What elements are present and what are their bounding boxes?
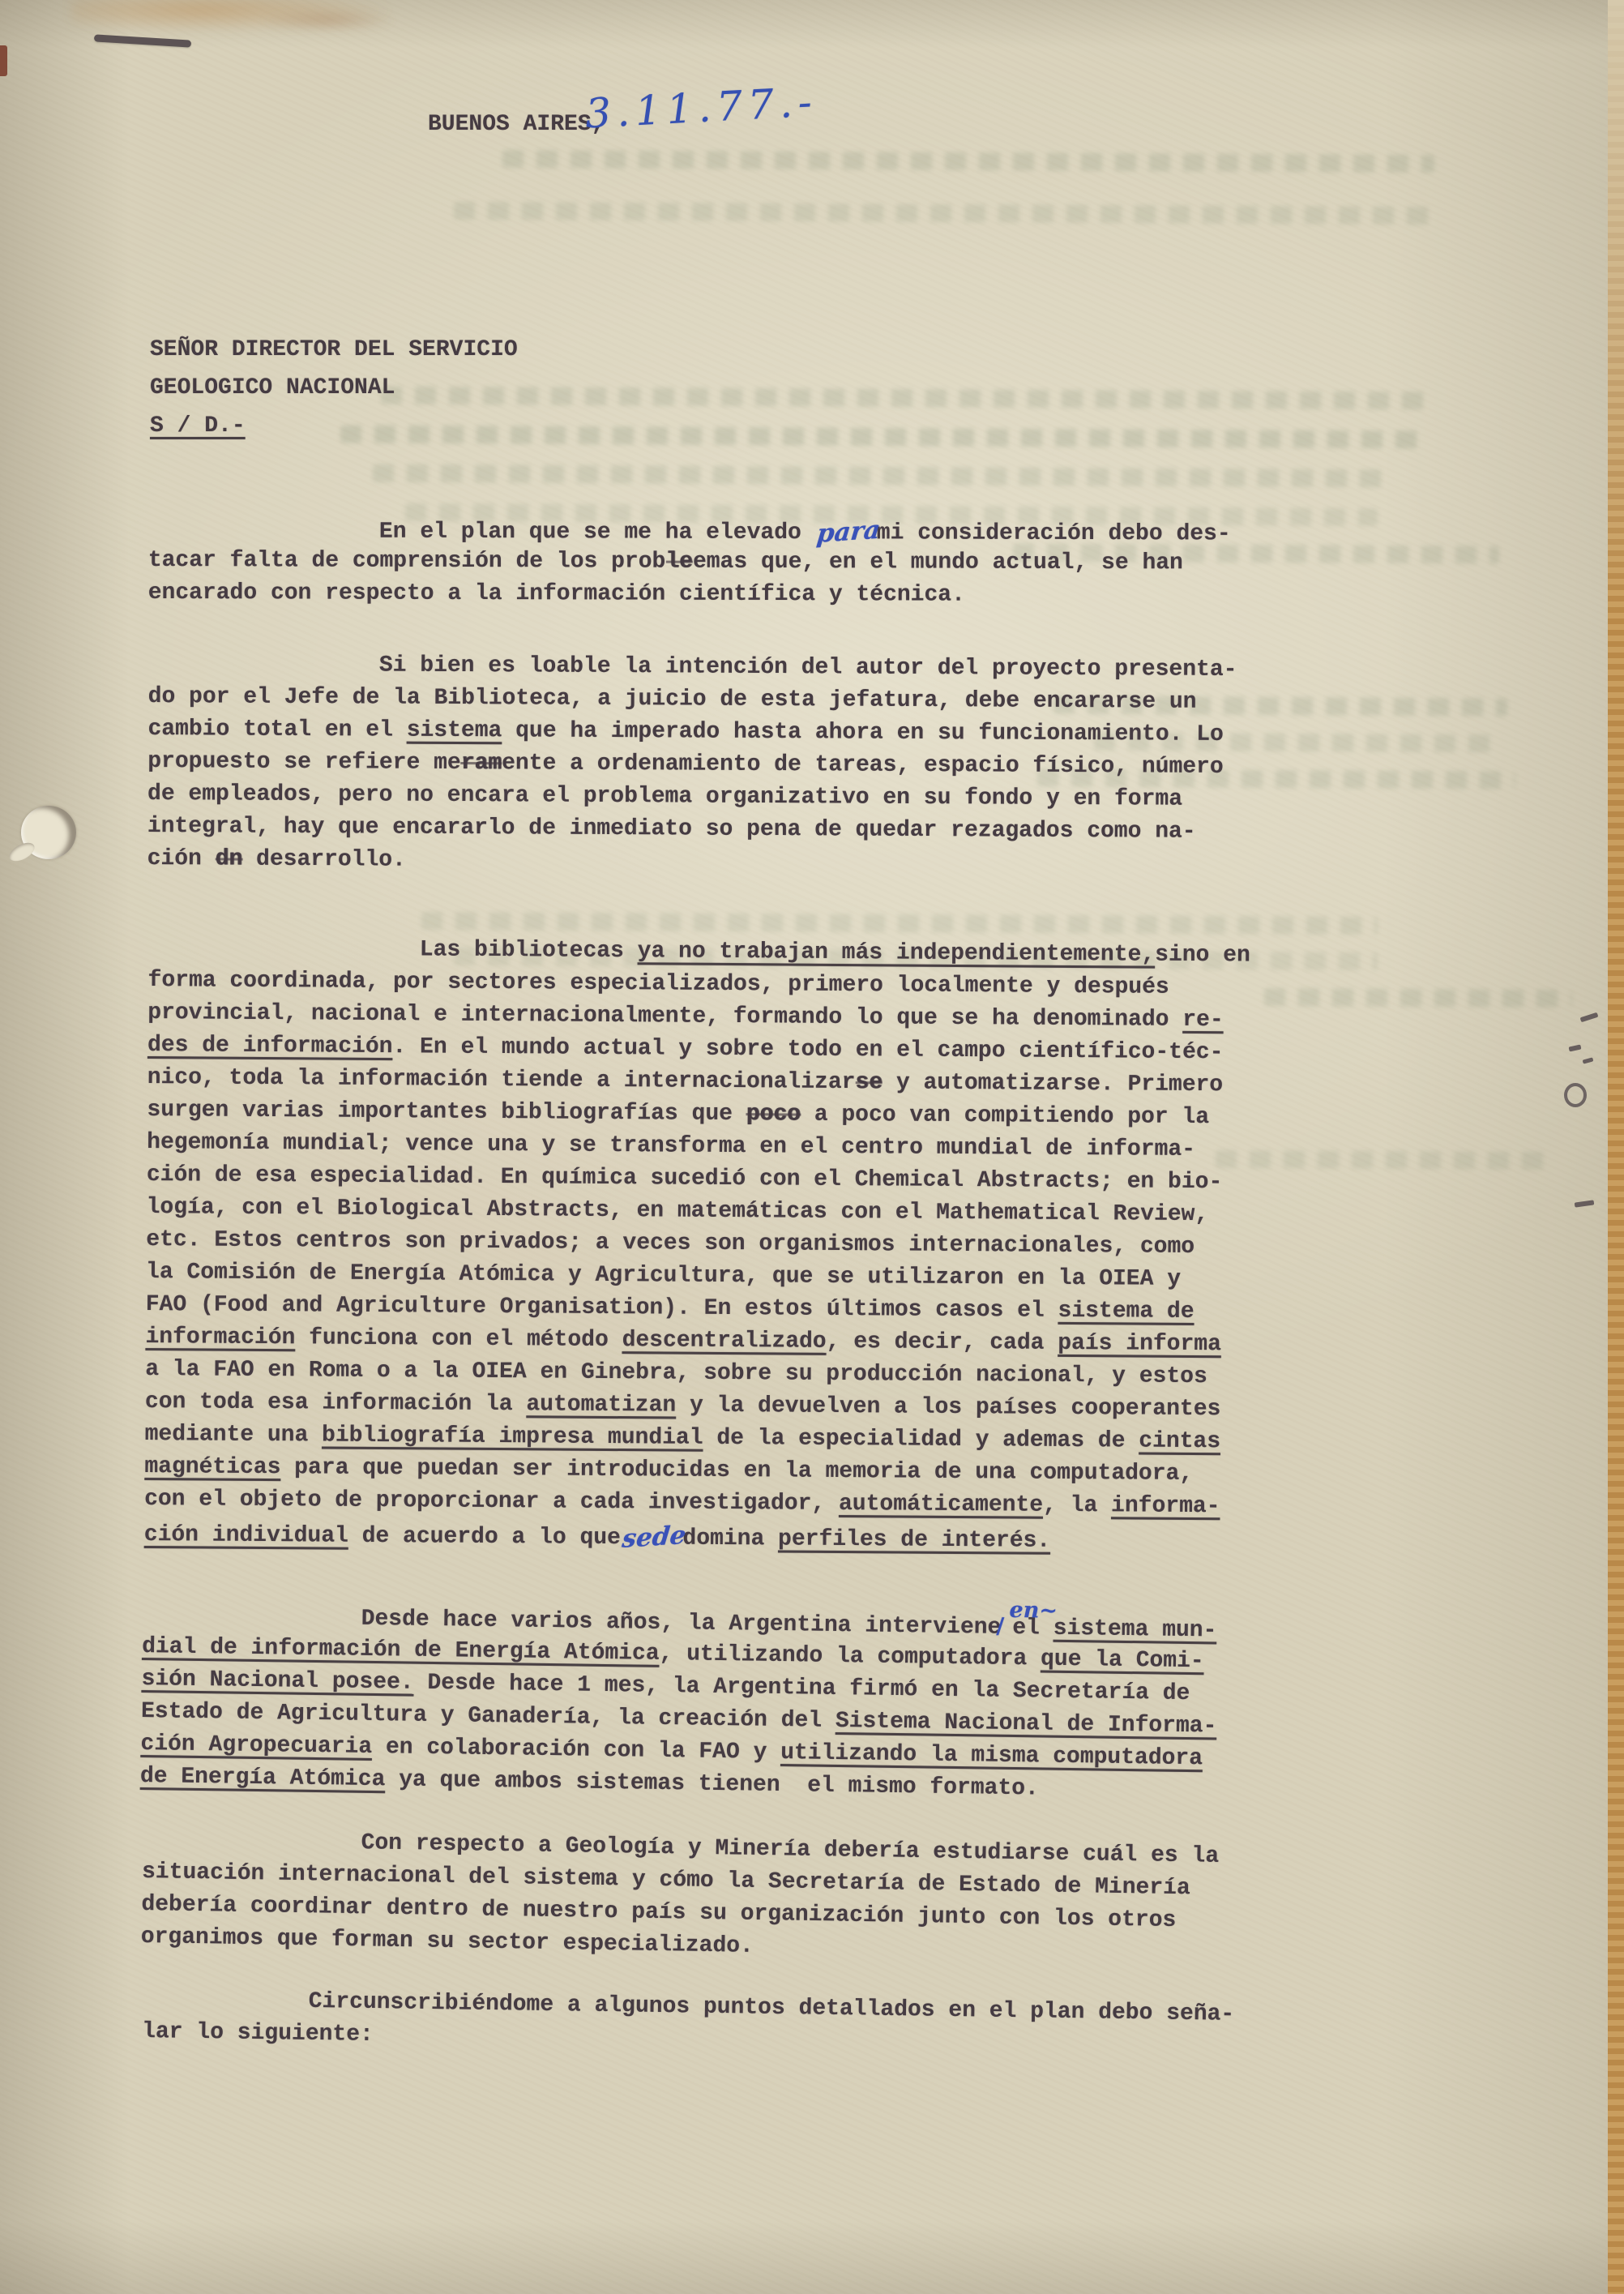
typed-text: para que puedan ser introducidas en la m… [280,1455,1193,1487]
typed-text: y la devuelven a los países cooperantes [676,1393,1220,1423]
typed-text: , es decir, cada [827,1329,1058,1356]
paragraph: Si bien es loable la intención del autor… [147,648,1237,881]
text-line: encarado con respecto a la información c… [148,577,1231,612]
pen-stroke-mark [94,34,191,47]
underlined-text: magnéticas [144,1454,280,1480]
text-line: ción dn desarrollo. [147,843,1237,881]
typed-text: do por el Jefe de la Biblioteca, a juici… [148,684,1197,715]
underlined-text: Sistema Nacional de Informa- [836,1709,1217,1740]
bleed-through-mark [454,202,1434,225]
paragraph: Las bibliotecas ya no trabajan más indep… [144,932,1250,1556]
typed-text: Las bibliotecas [420,937,638,964]
typed-text: etc. Estos centros son privados; a veces… [146,1227,1194,1260]
overstruck-text: dn [216,846,243,871]
typed-text: con toda esa información la [145,1389,527,1417]
typed-text: de acuerdo a lo que [348,1524,621,1551]
underlined-text: re- [1182,1008,1224,1033]
typed-text: con el objeto de proporcionar a cada inv… [144,1487,839,1517]
paragraph: En el plan que se me ha elevado parami c… [148,512,1231,612]
overstruck-text: poco [746,1102,801,1127]
bleed-through-mark [373,464,1394,488]
typed-text: que ha imperado hasta ahora en su funcio… [502,718,1224,747]
underlined-text: automatizan [526,1392,676,1418]
handwritten-correction: sede [621,1519,688,1556]
text-line: cambio total en el sistema que ha impera… [147,713,1237,751]
underlined-text: sistema de [1058,1299,1194,1325]
typed-text: hegemonía mundial; vence una y se transf… [147,1130,1195,1162]
typed-text: forma coordinada, por sectores especiali… [147,968,1169,1000]
margin-dash-mark [1569,1045,1582,1052]
underlined-text: sistema mun- [1053,1616,1217,1644]
typed-text: mi consideración debo des- [877,520,1231,546]
underlined-text: dial de información de Energía Atómica [142,1634,660,1667]
overstruck-text: le [665,550,693,575]
typed-text: ción [147,846,216,871]
typed-text: la Comisión de Energía Atómica y Agricul… [146,1260,1181,1292]
typed-text: domina [682,1526,778,1552]
typed-text: y automatizarse. Primero [883,1070,1223,1098]
overstruck-text: se [855,1070,883,1095]
underlined-text: país informa [1058,1331,1221,1357]
bleed-through-mark [381,387,1426,410]
underlined-text: ción Agropecuaria [140,1731,372,1760]
bleed-through-mark [421,912,1378,935]
letter-page: BUENOS AIRES, 3.11.77.- SEÑOR DIRECTOR D… [0,0,1624,2294]
text-line: do por el Jefe de la Biblioteca, a juici… [148,681,1237,719]
margin-dash-mark [1583,1057,1594,1064]
red-edge-mark [0,45,7,76]
underlined-text: información [145,1325,295,1350]
typed-text: surgen varias importantes bibliografías … [147,1098,746,1127]
typed-text: emas que, en el mundo actual, se han [693,550,1183,576]
page-edge-fade [1608,0,1624,616]
recipient-block: SEÑOR DIRECTOR DEL SERVICIO GEOLOGICO NA… [150,331,518,445]
typed-text: ente a ordenamiento de tareas, espacio f… [502,751,1224,780]
typed-text: en colaboración con la FAO y [372,1735,780,1765]
typed-text: nico, toda la información tiende a inter… [147,1065,856,1095]
underlined-text: sistema [407,718,502,744]
typed-text: , la [1043,1493,1111,1519]
text-line: integral, hay que encararlo de inmediato… [147,811,1237,849]
text-line: de empleados, pero no encara el problema… [147,778,1237,816]
scanned-letter: { "document": { "city_line": { "typed": … [0,0,1624,2294]
bleed-through-mark [1216,1150,1556,1170]
typed-text: a la FAO en Roma o a la OIEA en Ginebra,… [145,1357,1207,1389]
typed-text: ción de esa especialidad. En química suc… [147,1162,1223,1195]
typed-text: Estado de Agricultura y Ganadería, la cr… [141,1699,836,1734]
text-line: Si bien es loable la intención del autor… [148,648,1237,687]
text-line: En el plan que se me ha elevado parami c… [148,512,1231,547]
typed-text: integral, hay que encararlo de inmediato… [147,814,1196,845]
underlined-text: sión Nacional posee. [141,1667,413,1696]
typed-text: FAO (Food and Agriculture Organisation).… [146,1292,1058,1324]
typed-text: de empleados, pero no encara el problema… [147,781,1182,812]
margin-dash-mark [1580,1012,1599,1023]
bleed-through-mark [1264,988,1572,1008]
margin-circle-mark [1564,1083,1587,1107]
underlined-text: que la Comi- [1041,1646,1204,1674]
margin-dash-mark [1575,1200,1595,1207]
typed-text: desarrollo. [242,847,406,873]
paragraph: Con respecto a Geología y Minería deberí… [140,1824,1219,1971]
city-line: BUENOS AIRES, [428,112,605,137]
recipient-line: GEOLOGICO NACIONAL [150,369,518,407]
handwritten-date: 3.11.77.- [584,79,818,138]
underlined-text: de Energía Atómica [140,1764,386,1792]
overstruck-text: ram [461,751,502,776]
typed-text: organimos que forman su sector especiali… [141,1924,754,1959]
recipient-line-sd: S / D.- [150,407,518,445]
typed-text: cambio total en el [147,717,406,743]
city-label: BUENOS AIRES, [428,112,605,137]
underlined-text: descentralizado [622,1328,826,1355]
typed-text: ya que ambos sistemas tienen el mismo fo… [385,1767,1039,1801]
typed-text: logía, con el Biological Abstracts, en m… [147,1195,1209,1227]
recipient-line: SEÑOR DIRECTOR DEL SERVICIO [150,331,518,369]
typed-text: lar lo siguiente: [142,2019,374,2048]
text-line: propuesto se refiere meramente a ordenam… [147,746,1237,784]
typed-text: sino en [1155,943,1250,969]
underlined-text: automáticamente [839,1492,1043,1518]
typed-text: tacar falta de comprensión de los prob [148,548,666,575]
typed-text: . En el mundo actual y sobre todo en el … [392,1034,1223,1065]
text-line: tacar falta de comprensión de los proble… [148,545,1231,580]
typed-text: de la especialidad y ademas de [703,1426,1139,1454]
typed-text: funciona con el método [295,1325,622,1353]
typed-text: Si bien es loable la intención del autor… [379,653,1237,683]
typed-text: a poco van compitiendo por la [801,1102,1209,1131]
underlined-text: ya no trabajan más independientemente, [638,939,1156,967]
underlined-text: perfiles de interés. [778,1526,1050,1553]
underlined-text: bibliografía impresa mundial [322,1423,703,1451]
typed-text: , utilizando la computadora [659,1641,1041,1672]
handwritten-insertion: en [1001,1594,1013,1627]
underlined-text: cintas [1139,1429,1220,1455]
paper-stain [259,8,397,32]
typed-text: mediante una [145,1422,323,1449]
handwritten-correction: para [815,513,882,550]
typed-text: encarado con respecto a la información c… [148,580,965,608]
paragraph: Circunscribiéndome a algunos puntos deta… [142,1984,1235,2064]
underlined-text: ción individual [144,1522,348,1549]
underlined-text: des de información [147,1033,393,1059]
typed-text: provincial, nacional e internacionalment… [147,1000,1182,1033]
typed-text: En el plan que se me ha elevado [379,520,815,546]
paragraph: Desde hace varios años, la Argentina int… [140,1599,1219,1808]
underlined-text: utilizando la misma computadora [780,1740,1203,1771]
underlined-text: informa- [1111,1493,1220,1519]
typed-text: propuesto se refiere me [147,749,461,776]
bleed-through-mark [502,150,1434,173]
